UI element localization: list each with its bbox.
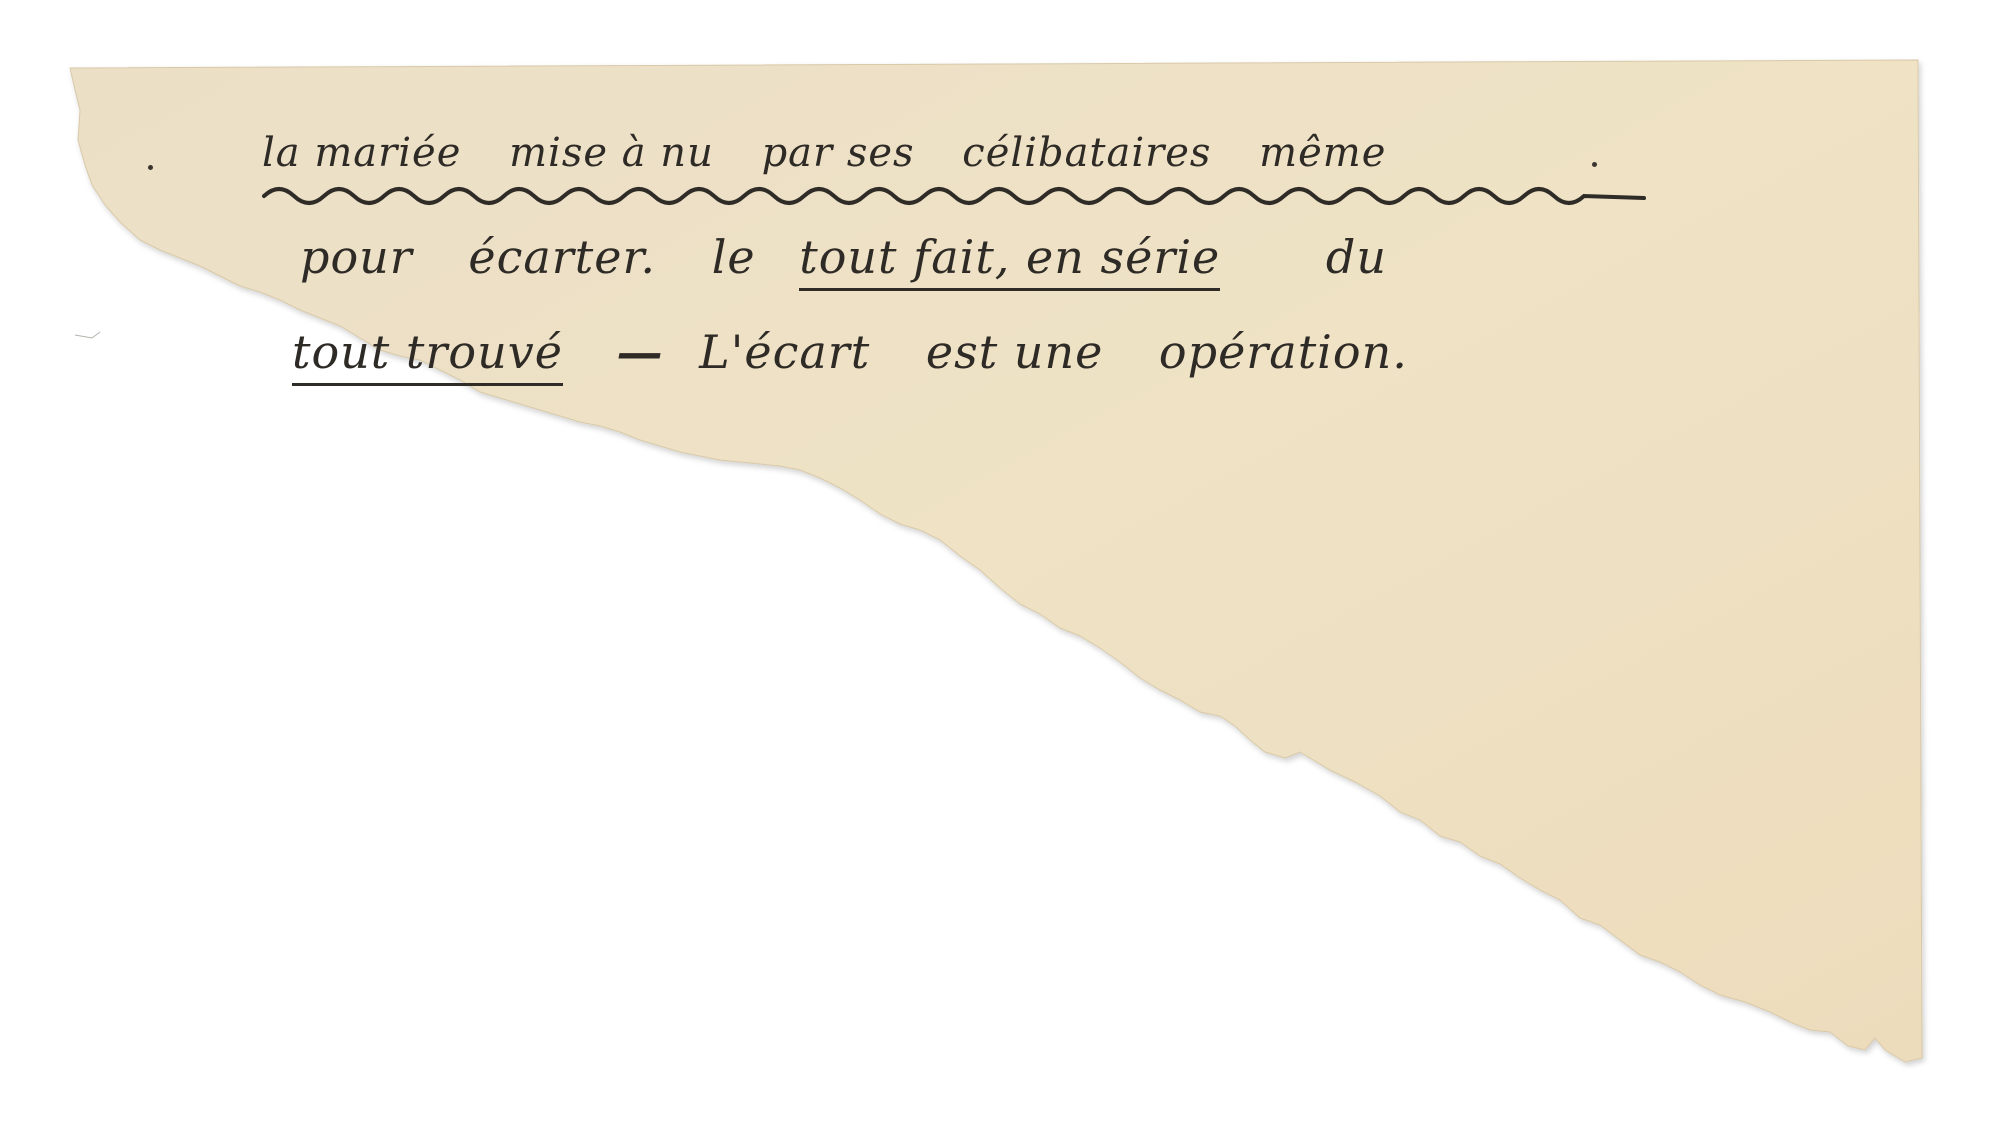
word-pour: pour xyxy=(300,230,413,284)
dash: — xyxy=(617,325,664,379)
underlined-phrase-tout-trouve: tout trouvé xyxy=(292,325,563,386)
document-page: la mariée mise à nu par ses célibataires… xyxy=(0,0,2000,1121)
word-du: du xyxy=(1326,230,1387,284)
wavy-underline xyxy=(262,180,1682,220)
word-le: le xyxy=(712,230,756,284)
margin-dot xyxy=(148,165,153,170)
handwritten-line-1: la mariée mise à nu par ses célibataires… xyxy=(262,130,1386,176)
punctuation-mark xyxy=(1592,162,1597,167)
handwritten-line-2: pour écarter. le tout fait, en série du xyxy=(300,230,1387,291)
word-operation: opération. xyxy=(1159,325,1408,379)
word-lecart: L'écart xyxy=(699,325,870,379)
handwritten-line-3: tout trouvé — L'écart est une opération. xyxy=(292,325,1408,386)
word-celibataires: célibataires xyxy=(962,130,1211,176)
word-ecarter: écarter. xyxy=(468,230,656,284)
word-la-mariee: la mariée xyxy=(262,130,461,176)
word-par-ses: par ses xyxy=(762,130,915,176)
underlined-phrase-tout-fait-en-serie: tout fait, en série xyxy=(799,230,1220,291)
word-mise-a-nu: mise à nu xyxy=(509,130,714,176)
word-est-une: est une xyxy=(926,325,1103,379)
word-meme: même xyxy=(1259,130,1386,176)
